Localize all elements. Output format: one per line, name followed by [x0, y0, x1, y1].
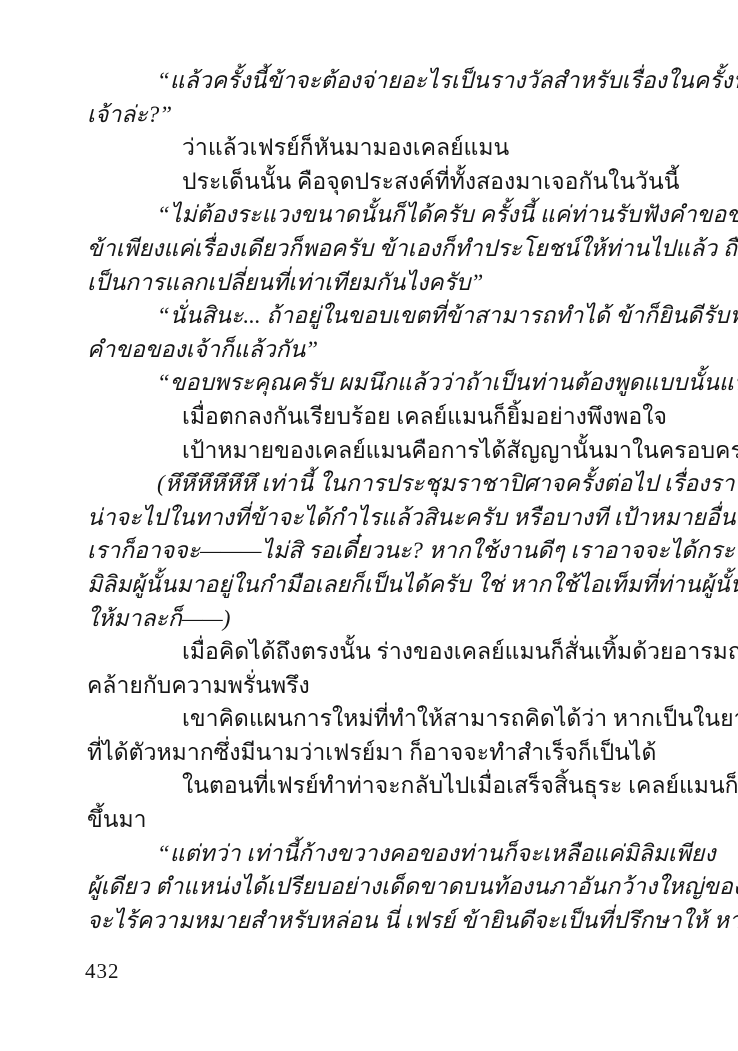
text-line: จะไร้ความหมายสำหรับหล่อน นี่ เฟรย์ ข้ายิ…	[87, 904, 687, 938]
text-line: เป้าหมายของเคลย์แมนคือการได้สัญญานั้นมาใ…	[87, 434, 687, 468]
text-line: คล้ายกับความพรั่นพรึง	[87, 669, 687, 703]
text-line: ประเด็นนั้น คือจุดประสงค์ที่ทั้งสองมาเจอ…	[87, 165, 687, 199]
text-line: ว่าแล้วเฟรย์ก็หันมามองเคลย์แมน	[87, 131, 687, 165]
text-line: “ไม่ต้องระแวงขนาดนั้นก็ได้ครับ ครั้งนี้ …	[87, 198, 687, 232]
text-line: เราก็อาจจะ———ไม่สิ รอเดี๋ยวนะ? หากใช้งาน…	[87, 534, 687, 568]
text-line: ขึ้นมา	[87, 803, 687, 837]
text-line: ข้าเพียงแค่เรื่องเดียวก็พอครับ ข้าเองก็ท…	[87, 232, 687, 266]
page-number: 432	[85, 958, 120, 984]
text-line: “แล้วครั้งนี้ข้าจะต้องจ่ายอะไรเป็นรางวัล…	[87, 64, 687, 98]
text-line: คำขอของเจ้าก็แล้วกัน”	[87, 333, 687, 367]
text-line: เขาคิดแผนการใหม่ที่ทำให้สามารถคิดได้ว่า …	[87, 702, 687, 736]
text-line: เป็นการแลกเปลี่ยนที่เท่าเทียมกันไงครับ”	[87, 266, 687, 300]
text-line: ที่ได้ตัวหมากซึ่งมีนามว่าเฟรย์มา ก็อาจจะ…	[87, 736, 687, 770]
text-line: ให้มาละก็——)	[87, 602, 687, 636]
text-line: เจ้าล่ะ?”	[87, 98, 687, 132]
page-text-block: “แล้วครั้งนี้ข้าจะต้องจ่ายอะไรเป็นรางวัล…	[87, 64, 687, 937]
text-line: มิลิมผู้นั้นมาอยู่ในกำมือเลยก็เป็นได้ครั…	[87, 568, 687, 602]
text-line: “ขอบพระคุณครับ ผมนึกแล้วว่าถ้าเป็นท่านต้…	[87, 366, 687, 400]
text-line: เมื่อตกลงกันเรียบร้อย เคลย์แมนก็ยิ้มอย่า…	[87, 400, 687, 434]
text-line: “นั่นสินะ... ถ้าอยู่ในขอบเขตที่ข้าสามารถ…	[87, 299, 687, 333]
text-line: ในตอนที่เฟรย์ทำท่าจะกลับไปเมื่อเสร็จสิ้น…	[87, 769, 687, 803]
text-line: (หึหึหึหึหึหึ เท่านี้ ในการประชุมราชาปิศ…	[87, 467, 687, 501]
text-line: ผู้เดียว ตำแหน่งได้เปรียบอย่างเด็ดขาดบนท…	[87, 870, 687, 904]
text-line: “แต่ทว่า เท่านี้ก้างขวางคอของท่านก็จะเหล…	[87, 837, 687, 871]
book-page: “แล้วครั้งนี้ข้าจะต้องจ่ายอะไรเป็นรางวัล…	[0, 0, 738, 1051]
text-line: เมื่อคิดได้ถึงตรงนั้น ร่างของเคลย์แมนก็ส…	[87, 635, 687, 669]
text-line: น่าจะไปในทางที่ข้าจะได้กำไรแล้วสินะครับ …	[87, 501, 687, 535]
